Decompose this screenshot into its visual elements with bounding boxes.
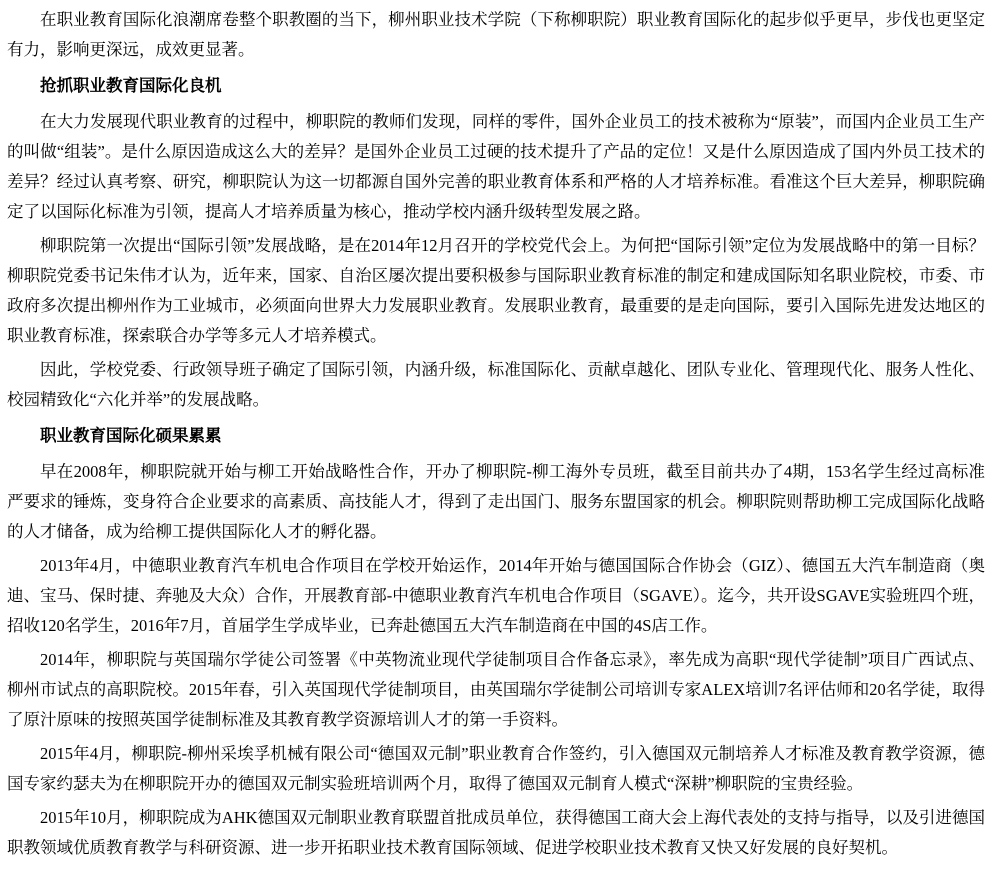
paragraph-international-leading-strategy: 柳职院第一次提出“国际引领”发展战略，是在2014年12月召开的学校党代会上。为… [7,231,985,351]
paragraph-german-dual-system: 2015年4月，柳职院-柳州采埃孚机械有限公司“德国双元制”职业教育合作签约，引… [7,739,985,799]
paragraph-original-vs-assembled: 在大力发展现代职业教育的过程中，柳职院的教师们发现，同样的零件，国外企业员工的技… [7,107,985,227]
article-body: 在职业教育国际化浪潮席卷整个职教圈的当下，柳州职业技术学院（下称柳职院）职业教育… [0,0,993,863]
paragraph-six-modernizations: 因此，学校党委、行政领导班子确定了国际引领，内涵升级，标准国际化、贡献卓越化、团… [7,355,985,415]
paragraph-sgave-project: 2013年4月，中德职业教育汽车机电合作项目在学校开始运作，2014年开始与德国… [7,551,985,641]
paragraph-ahk-alliance: 2015年10月，柳职院成为AHK德国双元制职业教育联盟首批成员单位，获得德国工… [7,803,985,863]
paragraph-liugong-cooperation: 早在2008年，柳职院就开始与柳工开始战略性合作，开办了柳职院-柳工海外专员班，… [7,457,985,547]
paragraph-uk-apprenticeship: 2014年，柳职院与英国瑞尔学徒公司签署《中英物流业现代学徒制项目合作备忘录》，… [7,645,985,735]
section-heading-achievements: 职业教育国际化硕果累累 [7,421,985,451]
section-heading-opportunity: 抢抓职业教育国际化良机 [7,71,985,101]
intro-paragraph: 在职业教育国际化浪潮席卷整个职教圈的当下，柳州职业技术学院（下称柳职院）职业教育… [7,5,985,65]
